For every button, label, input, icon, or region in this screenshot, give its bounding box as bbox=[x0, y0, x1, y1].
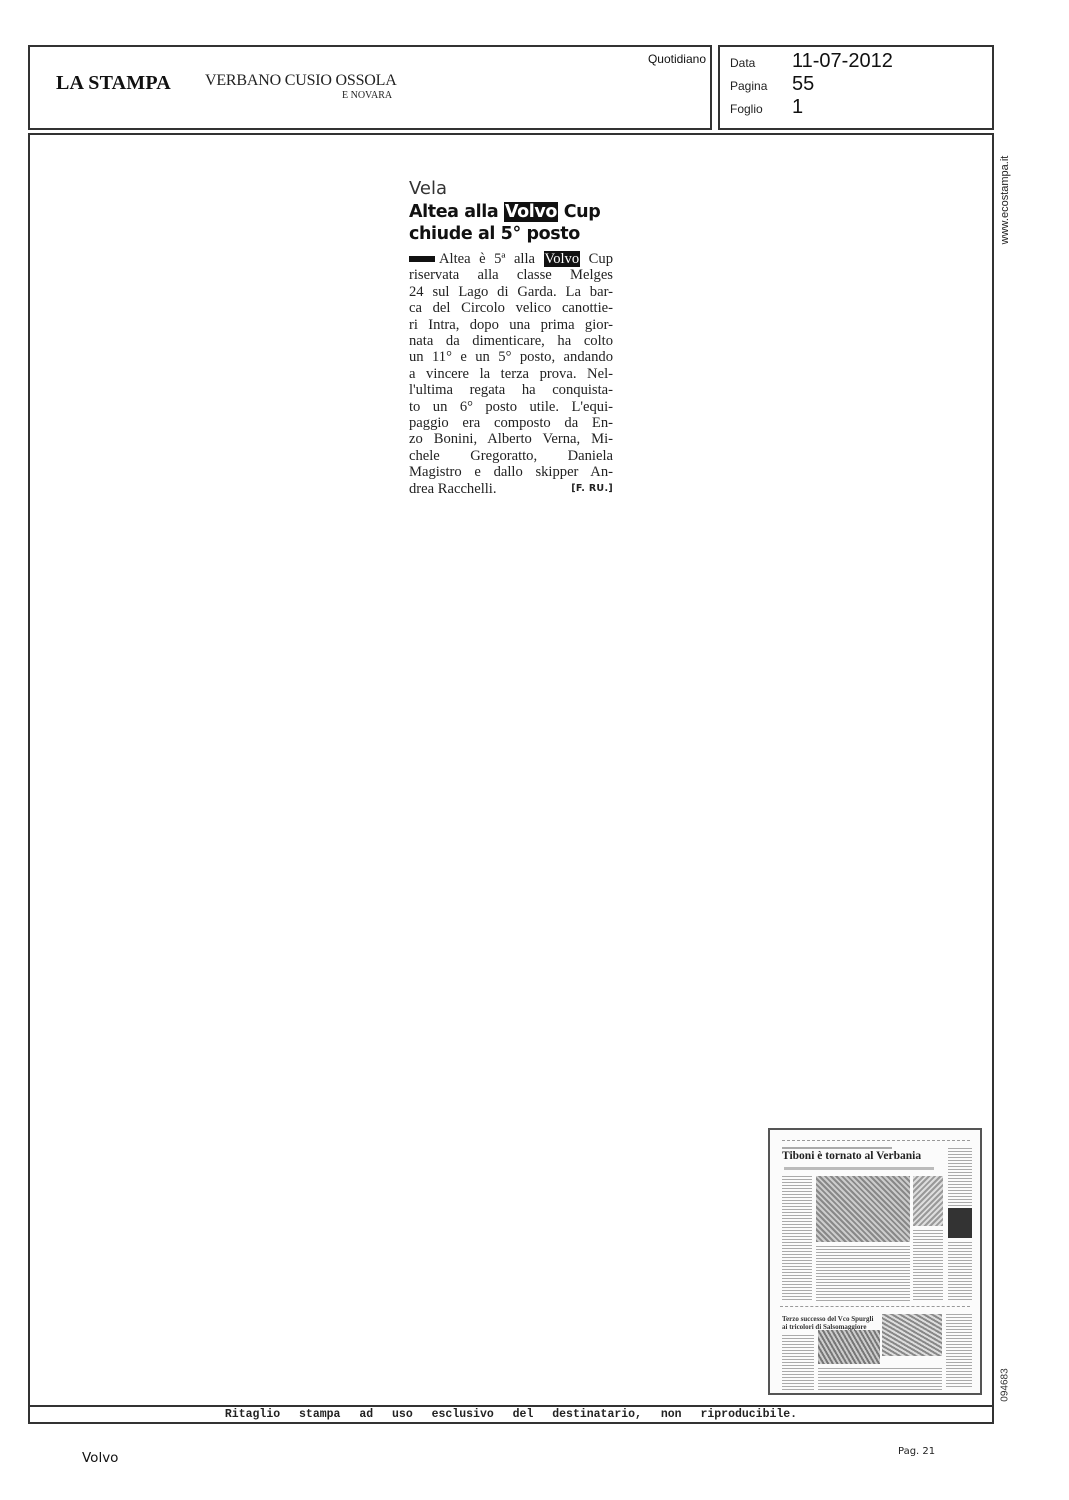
reproduction-notice: Ritaglio stampa ad uso esclusivo del des… bbox=[28, 1405, 994, 1424]
body-line: to un 6° posto utile. L'equi- bbox=[409, 399, 613, 415]
thumb-kicker bbox=[782, 1147, 892, 1149]
edition-subtitle: E NOVARA bbox=[342, 90, 392, 101]
thumb-rule bbox=[782, 1140, 970, 1141]
body-line: ri Intra, dopo una prima gior- bbox=[409, 317, 613, 333]
publication-type: Quotidiano bbox=[648, 52, 706, 66]
sheet-value: 1 bbox=[792, 96, 803, 119]
body-line: zo Bonini, Alberto Verna, Mi- bbox=[409, 431, 613, 447]
thumb-column bbox=[913, 1230, 943, 1300]
byline: [F. RU.] bbox=[571, 481, 613, 497]
article-kicker: Vela bbox=[409, 178, 613, 200]
meta-page-row: Pagina 55 bbox=[730, 73, 814, 96]
thumb-column bbox=[782, 1335, 814, 1390]
lead-bar-icon bbox=[409, 256, 435, 262]
body-line: 24 sul Lago di Garda. La bar- bbox=[409, 284, 613, 300]
thumb-dark-box bbox=[948, 1208, 972, 1238]
masthead-logo: LA STAMPA bbox=[56, 72, 171, 95]
thumb-column bbox=[948, 1148, 972, 1206]
page-thumbnail: Tiboni è tornato al Verbania Terzo succe… bbox=[768, 1128, 982, 1395]
body-line: Magistro e dallo skipper An- bbox=[409, 464, 613, 480]
page-number: Pag. 21 bbox=[898, 1446, 935, 1457]
body-line: nata da dimenticare, ha colto bbox=[409, 333, 613, 349]
date-label: Data bbox=[730, 56, 792, 70]
meta-sheet-row: Foglio 1 bbox=[730, 96, 803, 119]
body-text: drea Racchelli. bbox=[409, 481, 497, 497]
sheet-label: Foglio bbox=[730, 102, 792, 116]
body-line: riservata alla classe Melges bbox=[409, 267, 613, 283]
keyword-highlight: Volvo bbox=[504, 202, 558, 222]
thumb-headline-2: Terzo successo del Vco Spurgli ai tricol… bbox=[782, 1315, 873, 1331]
headline-line-1: Altea alla Volvo Cup bbox=[409, 201, 613, 223]
keyword-highlight: Volvo bbox=[544, 251, 581, 267]
page-label: Pagina bbox=[730, 79, 792, 93]
thumb-photo bbox=[816, 1176, 910, 1242]
body-text: Altea è 5ª alla bbox=[439, 251, 544, 267]
header-masthead-box: LA STAMPA VERBANO CUSIO OSSOLA E NOVARA … bbox=[28, 45, 712, 130]
body-line: un 11° e un 5° posto, andando bbox=[409, 349, 613, 365]
headline-text: Cup bbox=[558, 202, 600, 222]
thumb-headline-2-line: Terzo successo del Vco Spurgli bbox=[782, 1315, 873, 1323]
keyword-tag: Volvo bbox=[82, 1450, 118, 1466]
body-line: a vincere la terza prova. Nel- bbox=[409, 366, 613, 382]
edition-name: VERBANO CUSIO OSSOLA bbox=[205, 72, 397, 90]
body-line: l'ultima regata ha conquista- bbox=[409, 382, 613, 398]
side-code-label: 094683 bbox=[998, 1365, 1012, 1405]
thumb-rule bbox=[780, 1306, 970, 1307]
page-value: 55 bbox=[792, 73, 814, 96]
date-value: 11-07-2012 bbox=[792, 50, 893, 73]
article-body: Altea è 5ª alla Volvo Cup riservata alla… bbox=[409, 251, 613, 497]
body-line: chele Gregoratto, Daniela bbox=[409, 448, 613, 464]
thumb-column bbox=[782, 1176, 812, 1301]
meta-date-row: Data 11-07-2012 bbox=[730, 50, 893, 73]
side-url-label: www.ecostampa.it bbox=[998, 145, 1012, 255]
body-line: Altea è 5ª alla Volvo Cup bbox=[409, 251, 613, 267]
thumb-subheadline bbox=[784, 1167, 934, 1170]
thumb-headline: Tiboni è tornato al Verbania bbox=[782, 1150, 921, 1162]
headline-line-2: chiude al 5° posto bbox=[409, 223, 613, 245]
headline-text: Altea alla bbox=[409, 202, 504, 222]
thumb-column bbox=[946, 1314, 972, 1389]
body-line: ca del Circolo velico canottie- bbox=[409, 300, 613, 316]
body-text: Cup bbox=[580, 251, 613, 267]
thumb-column bbox=[816, 1246, 910, 1301]
header-meta-box: Data 11-07-2012 Pagina 55 Foglio 1 bbox=[718, 45, 994, 130]
ecostampa-url: www.ecostampa.it bbox=[999, 156, 1011, 245]
thumb-column bbox=[948, 1242, 972, 1302]
body-line: paggio era composto da En- bbox=[409, 415, 613, 431]
clipping-code: 094683 bbox=[1000, 1368, 1011, 1401]
thumb-photo bbox=[913, 1176, 943, 1226]
article-headline: Altea alla Volvo Cup chiude al 5° posto bbox=[409, 201, 613, 245]
body-last-line: drea Racchelli.[F. RU.] bbox=[409, 481, 613, 497]
thumb-photo bbox=[818, 1330, 880, 1364]
article: Vela Altea alla Volvo Cup chiude al 5° p… bbox=[409, 178, 613, 497]
thumb-column bbox=[818, 1368, 942, 1390]
thumb-photo bbox=[882, 1314, 942, 1356]
